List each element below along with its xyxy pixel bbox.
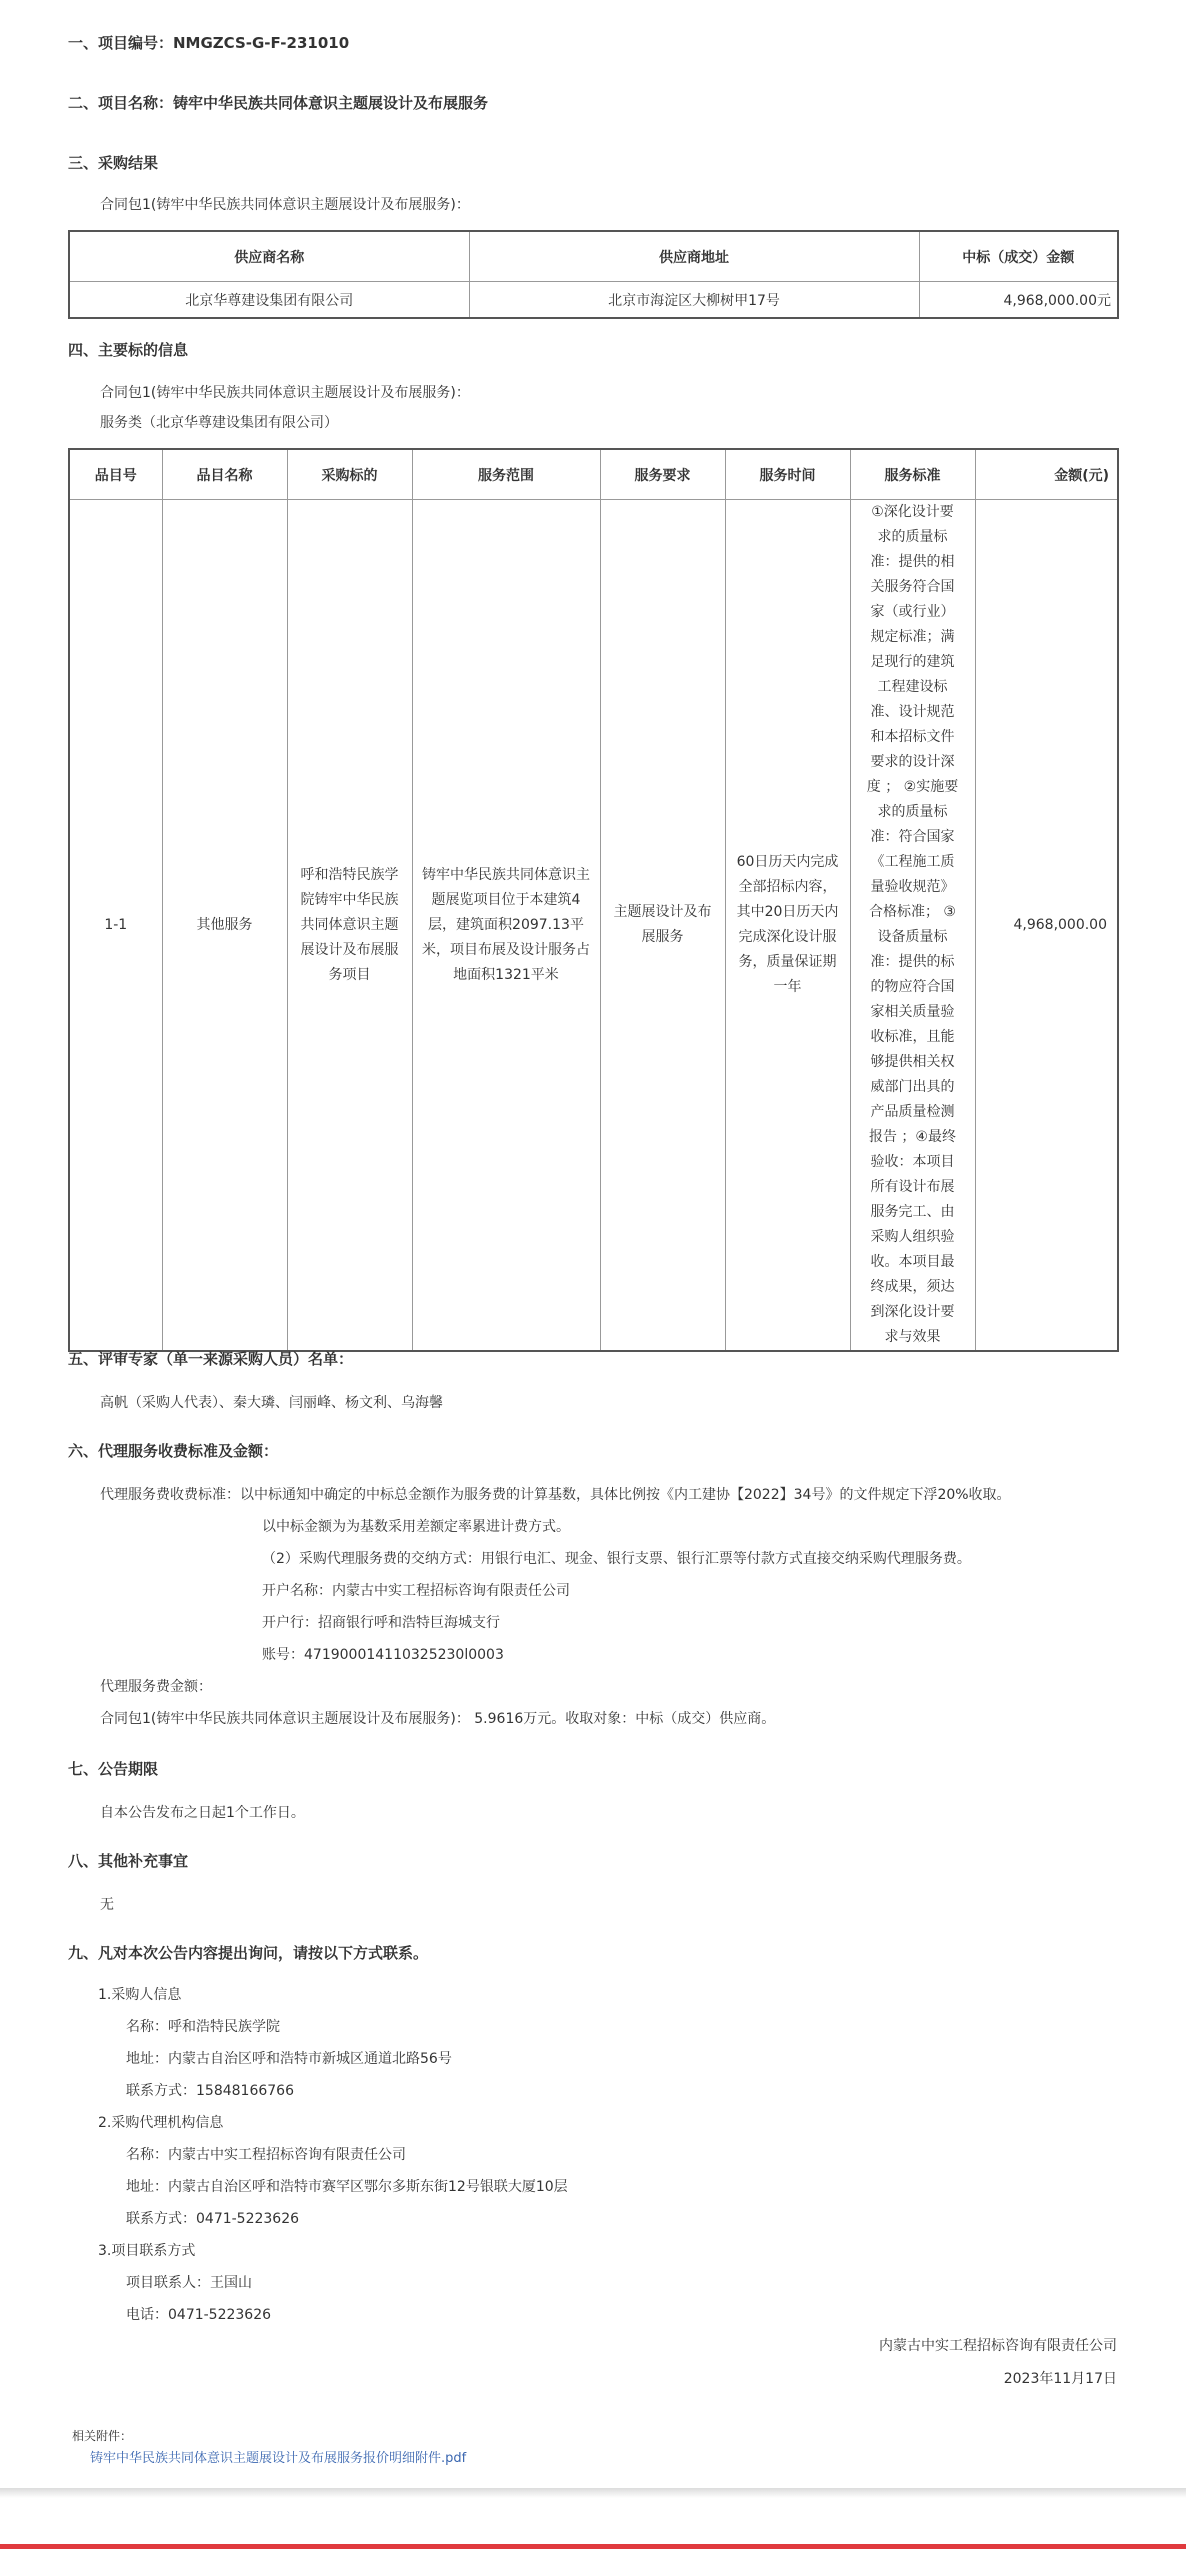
service-class-label: 服务类（北京华尊建设集团有限公司）: [100, 412, 338, 432]
result-table: 供应商名称 供应商地址 中标（成交）金额 北京华尊建设集团有限公司 北京市海淀区…: [68, 230, 1119, 319]
agency-info-title: 2.采购代理机构信息: [98, 2112, 223, 2132]
column-header: 供应商地址: [469, 231, 919, 282]
item-table: 品目号 品目名称 采购标的 服务范围 服务要求 服务时间 服务标准 金额(元) …: [68, 448, 1119, 1352]
signature-date: 2023年11月17日: [1004, 2368, 1117, 2388]
contact-heading: 九、凡对本次公告内容提出询问，请按以下方式联系。: [68, 1942, 428, 1963]
fee-method: 以中标金额为为基数采用差额定率累进计费方式。: [262, 1516, 570, 1536]
column-header: 中标（成交）金额: [919, 231, 1118, 282]
column-header: 服务时间: [725, 449, 850, 500]
service-standard: ①深化设计要求的质量标准：提供的相关服务符合国家（或行业）规定标准；满足现行的建…: [850, 500, 975, 1352]
bank-name: 开户行：招商银行呼和浩特巨海城支行: [262, 1612, 500, 1632]
contract-package-label: 合同包1(铸牢中华民族共同体意识主题展设计及布展服务)：: [100, 194, 470, 214]
fee-amount: 合同包1(铸牢中华民族共同体意识主题展设计及布展服务)： 5.9616万元。收取…: [100, 1708, 775, 1728]
buyer-phone: 联系方式：15848166766: [126, 2080, 294, 2100]
main-items-heading: 四、主要标的信息: [68, 339, 188, 360]
table-header-row: 供应商名称 供应商地址 中标（成交）金额: [69, 231, 1118, 282]
fee-payment-method: （2）采购代理服务费的交纳方式：用银行电汇、现金、银行支票、银行汇票等付款方式直…: [262, 1548, 971, 1568]
fee-standard: 代理服务费收费标准：以中标通知中确定的中标总金额作为服务费的计算基数，具体比例按…: [100, 1484, 1011, 1504]
service-scope: 铸牢中华民族共同体意识主题展览项目位于本建筑4层，建筑面积2097.13平米，项…: [412, 500, 600, 1352]
column-header: 金额(元): [975, 449, 1118, 500]
content-divider: [0, 2488, 1186, 2498]
project-contact-person: 项目联系人：王国山: [126, 2272, 252, 2292]
footer-decoration: [0, 2549, 1186, 2565]
item-number: 1-1: [69, 500, 162, 1352]
table-row: 1-1 其他服务 呼和浩特民族学院铸牢中华民族共同体意识主题展设计及布展服务项目…: [69, 500, 1118, 1352]
buyer-name: 名称：呼和浩特民族学院: [126, 2016, 280, 2036]
project-number-heading: 一、项目编号：NMGZCS-G-F-231010: [68, 32, 349, 53]
agency-fee-heading: 六、代理服务收费标准及金额：: [68, 1440, 278, 1461]
column-header: 供应商名称: [69, 231, 469, 282]
award-amount: 4,968,000.00元: [919, 282, 1118, 319]
attachment-link[interactable]: 铸牢中华民族共同体意识主题展设计及布展服务报价明细附件.pdf: [90, 2447, 466, 2466]
contract-package-label: 合同包1(铸牢中华民族共同体意识主题展设计及布展服务)：: [100, 382, 470, 402]
column-header: 服务要求: [600, 449, 725, 500]
account-name: 开户名称：内蒙古中实工程招标咨询有限责任公司: [262, 1580, 570, 1600]
procurement-result-heading: 三、采购结果: [68, 152, 158, 173]
supplier-address: 北京市海淀区大柳树甲17号: [469, 282, 919, 319]
fee-amount-label: 代理服务费金额：: [100, 1676, 212, 1696]
column-header: 品目名称: [162, 449, 287, 500]
item-name: 其他服务: [162, 500, 287, 1352]
buyer-address: 地址：内蒙古自治区呼和浩特市新城区通道北路56号: [126, 2048, 452, 2068]
buyer-info-title: 1.采购人信息: [98, 1984, 181, 2004]
table-header-row: 品目号 品目名称 采购标的 服务范围 服务要求 服务时间 服务标准 金额(元): [69, 449, 1118, 500]
announcement-period-text: 自本公告发布之日起1个工作日。: [100, 1802, 305, 1822]
experts-heading: 五、评审专家（单一来源采购人员）名单：: [68, 1348, 353, 1369]
attachments-label: 相关附件：: [72, 2427, 132, 2444]
announcement-period-heading: 七、公告期限: [68, 1758, 158, 1779]
agency-phone: 联系方式：0471-5223626: [126, 2208, 299, 2228]
agency-name: 名称：内蒙古中实工程招标咨询有限责任公司: [126, 2144, 406, 2164]
other-matters-text: 无: [100, 1894, 114, 1914]
service-requirement: 主题展设计及布展服务: [600, 500, 725, 1352]
item-amount: 4,968,000.00: [975, 500, 1118, 1352]
service-time: 60日历天内完成全部招标内容，其中20日历天内完成深化设计服务，质量保证期一年: [725, 500, 850, 1352]
procurement-subject: 呼和浩特民族学院铸牢中华民族共同体意识主题展设计及布展服务项目: [287, 500, 412, 1352]
table-row: 北京华尊建设集团有限公司 北京市海淀区大柳树甲17号 4,968,000.00元: [69, 282, 1118, 319]
experts-list: 高帆（采购人代表）、秦大璘、闫丽峰、杨文利、乌海馨: [100, 1392, 443, 1412]
project-contact-phone: 电话：0471-5223626: [126, 2304, 271, 2324]
other-matters-heading: 八、其他补充事宜: [68, 1850, 188, 1871]
column-header: 采购标的: [287, 449, 412, 500]
column-header: 服务范围: [412, 449, 600, 500]
supplier-name: 北京华尊建设集团有限公司: [69, 282, 469, 319]
project-name-heading: 二、项目名称：铸牢中华民族共同体意识主题展设计及布展服务: [68, 92, 488, 113]
column-header: 服务标准: [850, 449, 975, 500]
account-number: 账号：471900014110325230l0003: [262, 1644, 504, 1664]
agency-address: 地址：内蒙古自治区呼和浩特市赛罕区鄂尔多斯东街12号银联大厦10层: [126, 2176, 568, 2196]
signature-company: 内蒙古中实工程招标咨询有限责任公司: [879, 2335, 1117, 2355]
column-header: 品目号: [69, 449, 162, 500]
project-contact-title: 3.项目联系方式: [98, 2240, 195, 2260]
